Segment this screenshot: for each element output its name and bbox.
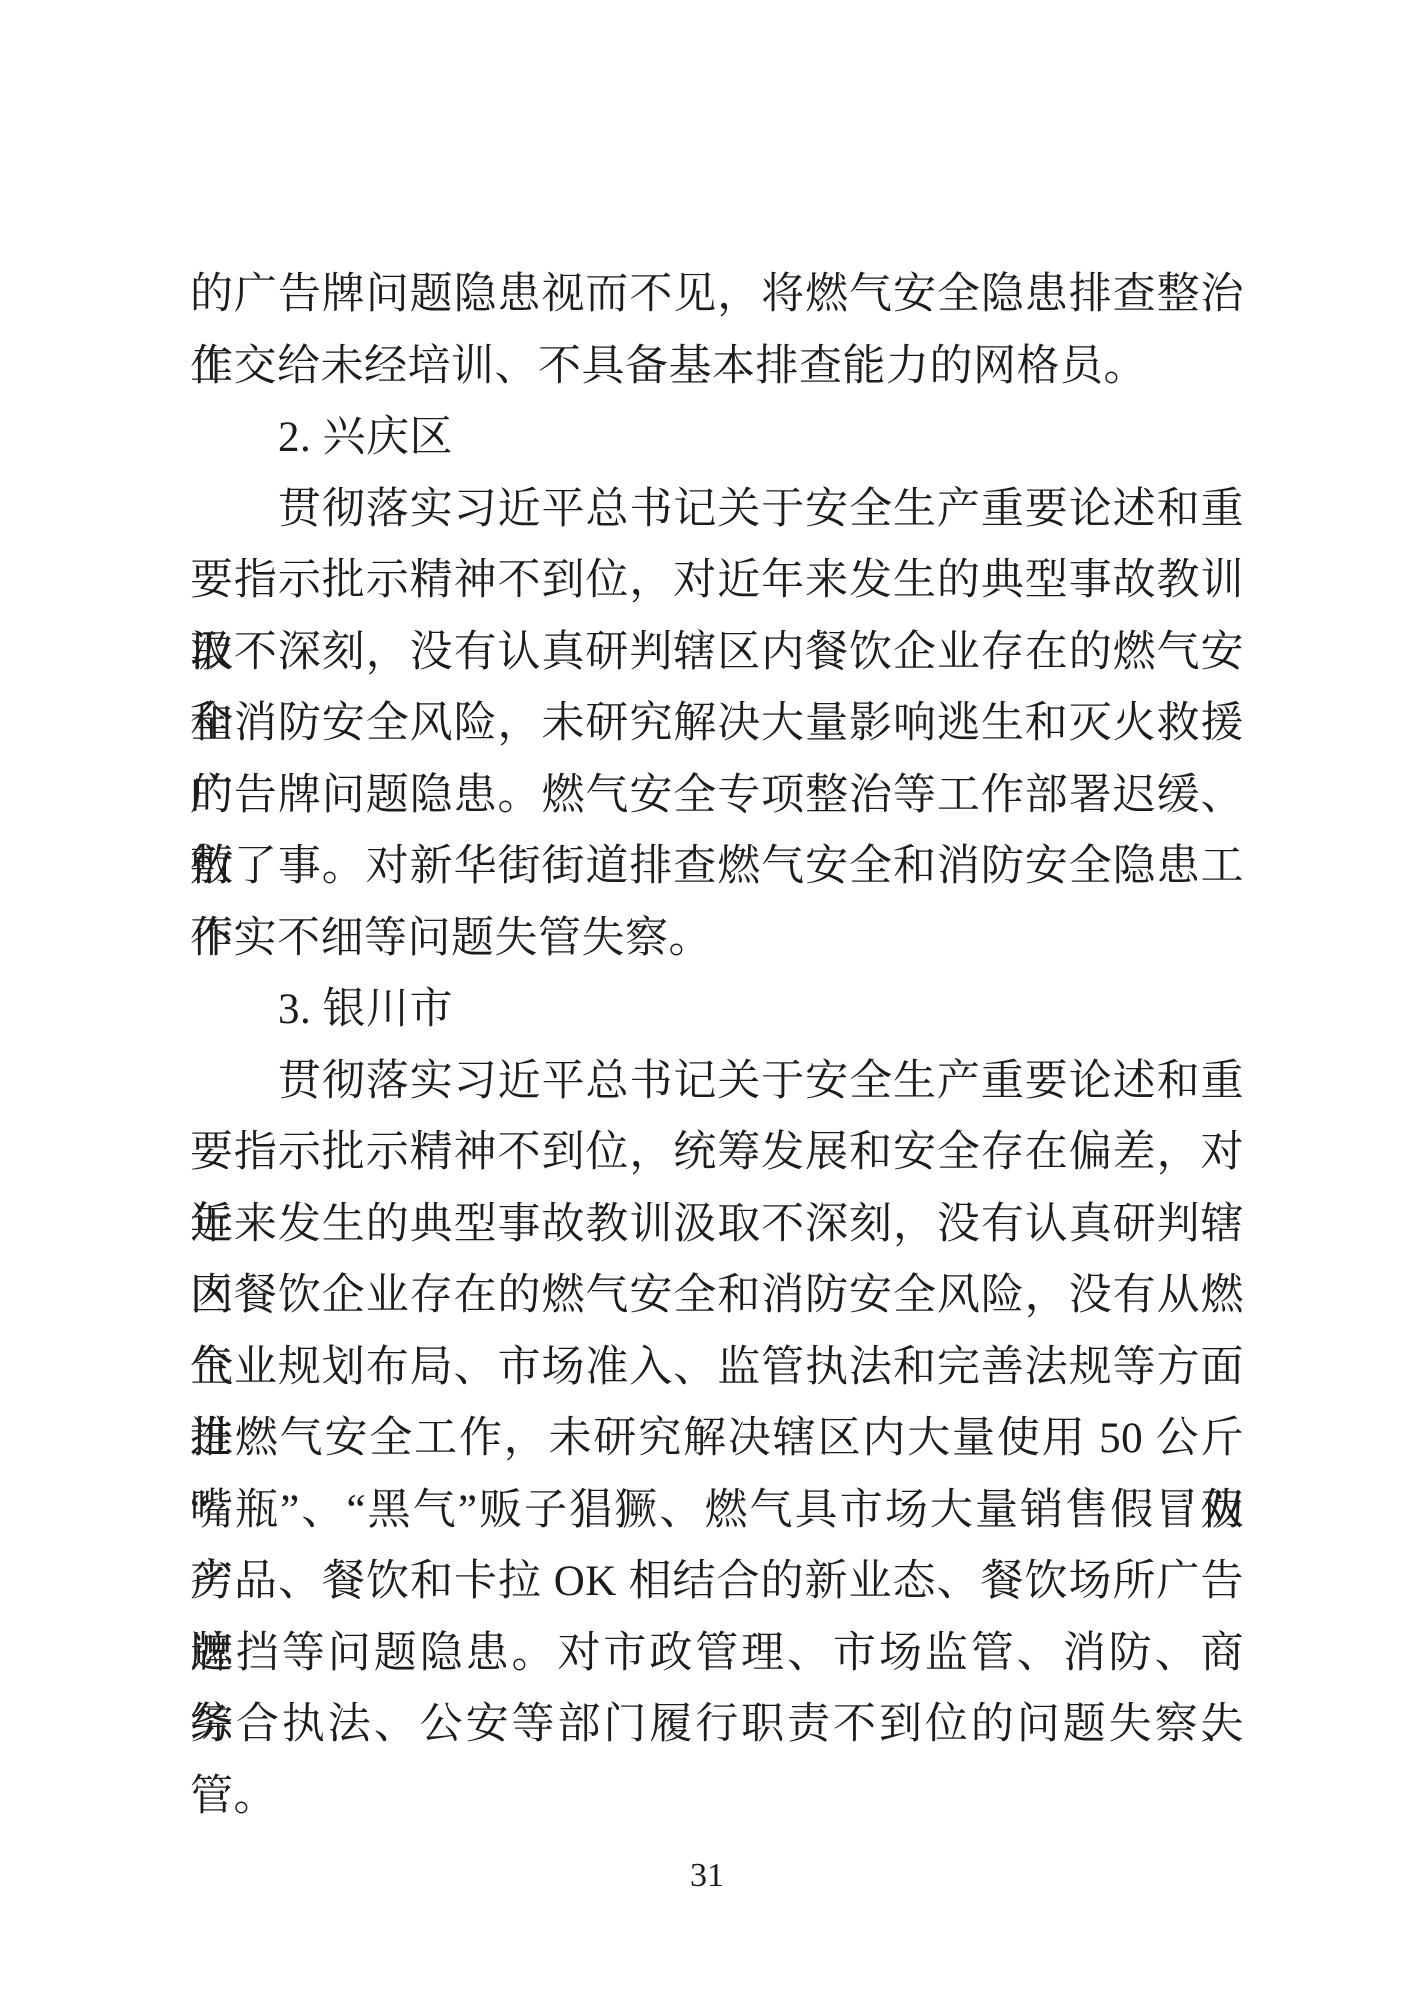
- text-line: 衍了事。对新华街街道排查燃气安全和消防安全隐患工作: [190, 831, 1244, 903]
- text-line: 的广告牌问题隐患视而不见，将燃气安全隐患排查整治工: [190, 259, 1244, 331]
- text-line: 产品、餐饮和卡拉 OK 相结合的新业态、餐饮场所广告牌: [190, 1546, 1244, 1618]
- text-line: 不实不细等问题失管失察。: [190, 903, 1244, 975]
- text-line: 和消防安全风险，未研究解决大量影响逃生和灭火救援的: [190, 688, 1244, 760]
- document-page: 的广告牌问题隐患视而不见，将燃气安全隐患排查整治工作交给未经培训、不具备基本排查…: [0, 0, 1414, 2000]
- text-line: 嘴瓶”、“黑气”贩子猖獗、燃气具市场大量销售假冒伪劣: [190, 1475, 1244, 1547]
- text-line: 贯彻落实习近平总书记关于安全生产重要论述和重: [190, 1046, 1244, 1118]
- text-line: 要指示批示精神不到位，统筹发展和安全存在偏差，对近: [190, 1117, 1244, 1189]
- section-heading: 2. 兴庆区: [190, 402, 1244, 474]
- text-line: 综合执法、公安等部门履行职责不到位的问题失察失管。: [190, 1689, 1244, 1761]
- text-line: 取不深刻，没有认真研判辖区内餐饮企业存在的燃气安全: [190, 617, 1244, 689]
- text-line: 要指示批示精神不到位，对近年来发生的典型事故教训汲: [190, 545, 1244, 617]
- text-line: 贯彻落实习近平总书记关于安全生产重要论述和重: [190, 474, 1244, 546]
- text-line: 内餐饮企业存在的燃气安全和消防安全风险，没有从燃气: [190, 1260, 1244, 1332]
- page-number: 31: [0, 1856, 1414, 1896]
- text-line: 广告牌问题隐患。燃气安全专项整治等工作部署迟缓、敷: [190, 760, 1244, 832]
- text-line: 年来发生的典型事故教训汲取不深刻，没有认真研判辖区: [190, 1189, 1244, 1261]
- text-line: 进燃气安全工作，未研究解决辖区内大量使用 50 公斤“双: [190, 1403, 1244, 1475]
- document-text: 的广告牌问题隐患视而不见，将燃气安全隐患排查整治工作交给未经培训、不具备基本排查…: [190, 259, 1244, 1761]
- text-line: 作交给未经培训、不具备基本排查能力的网格员。: [190, 331, 1244, 403]
- text-line: 遮挡等问题隐患。对市政管理、市场监管、消防、商务、: [190, 1618, 1244, 1690]
- text-line: 企业规划布局、市场准入、监管执法和完善法规等方面推: [190, 1332, 1244, 1404]
- section-heading: 3. 银川市: [190, 974, 1244, 1046]
